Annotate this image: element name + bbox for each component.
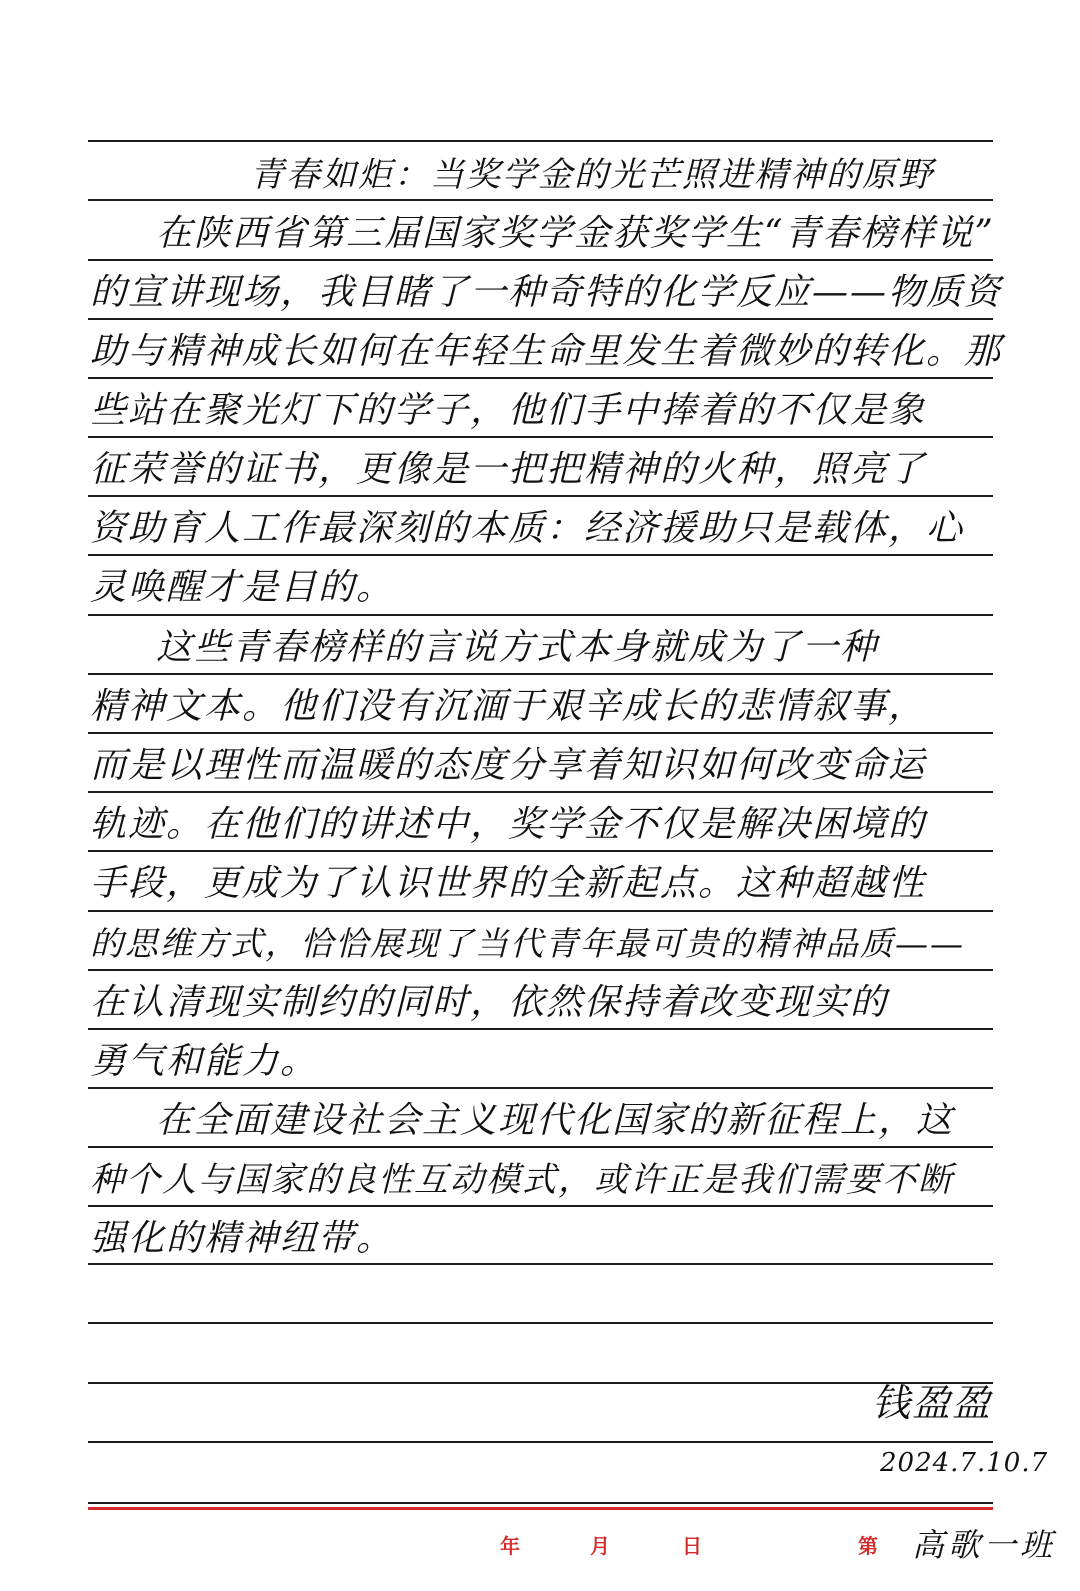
essay-line: 的宣讲现场，我目睹了一种奇特的化学反应——物质资 [90,268,995,318]
essay-line: 勇气和能力。 [90,1037,995,1087]
essay-line: 在认清现实制约的同时，依然保持着改变现实的 [90,978,995,1028]
essay-line: 灵唤醒才是目的。 [90,563,995,613]
ruled-line [88,791,993,793]
author-signature: 钱盈盈 [872,1372,992,1427]
ruled-line [88,1028,993,1030]
essay-line: 轨迹。在他们的讲述中，奖学金不仅是解决困境的 [90,800,995,850]
footer-class-note: 高歌一班 [912,1520,1056,1566]
essay-line: 的思维方式，恰恰展现了当代青年最可贵的精神品质—— [90,919,995,969]
essay-line: 些站在聚光灯下的学子，他们手中捧着的不仅是象 [90,386,995,436]
ruled-line [88,1441,993,1443]
signature-date: 2024.7.10.7 [880,1448,1048,1478]
essay-line: 在陕西省第三届国家奖学金获奖学生“青春榜样说” [90,209,995,259]
ruled-line [88,969,993,971]
essay-line: 助与精神成长如何在年轻生命里发生着微妙的转化。那 [90,327,995,377]
ruled-line [88,1146,993,1148]
ruled-line [88,1322,993,1324]
lined-paper-page: 青春如炬：当奖学金的光芒照进精神的原野 在陕西省第三届国家奖学金获奖学生“青春榜… [0,0,1080,1591]
essay-line: 手段，更成为了认识世界的全新起点。这种超越性 [90,859,995,909]
ruled-line [88,495,993,497]
ruled-line [88,436,993,438]
ruled-line [88,614,993,616]
essay-line: 征荣誉的证书，更像是一把把精神的火种，照亮了 [90,445,995,495]
essay-line: 而是以理性而温暖的态度分享着知识如何改变命运 [90,741,995,791]
essay-title: 青春如炬：当奖学金的光芒照进精神的原野 [250,150,1080,200]
ruled-line [88,1382,993,1384]
ruled-line [88,377,993,379]
essay-line: 种个人与国家的良性互动模式，或许正是我们需要不断 [90,1155,995,1205]
ruled-line [88,673,993,675]
ruled-line [88,1087,993,1089]
ruled-line [88,1205,993,1207]
ruled-line [88,850,993,852]
ruled-line [88,1502,993,1504]
ruled-line-red [88,1507,993,1510]
essay-line: 这些青春榜样的言说方式本身就成为了一种 [90,623,995,673]
footer-month-label: 月 [590,1530,610,1559]
ruled-line [88,259,993,261]
essay-line: 资助育人工作最深刻的本质：经济援助只是载体，心 [90,504,995,554]
footer-year-label: 年 [500,1530,520,1559]
ruled-line [88,732,993,734]
footer-day-label: 日 [682,1530,702,1559]
ruled-line [88,910,993,912]
ruled-line [88,554,993,556]
ruled-line [88,140,993,142]
essay-line: 在全面建设社会主义现代化国家的新征程上，这 [90,1096,995,1146]
essay-line: 强化的精神纽带。 [90,1214,995,1264]
footer-page-label: 第 [858,1530,878,1559]
essay-line: 精神文本。他们没有沉湎于艰辛成长的悲情叙事， [90,682,995,732]
ruled-line [88,318,993,320]
